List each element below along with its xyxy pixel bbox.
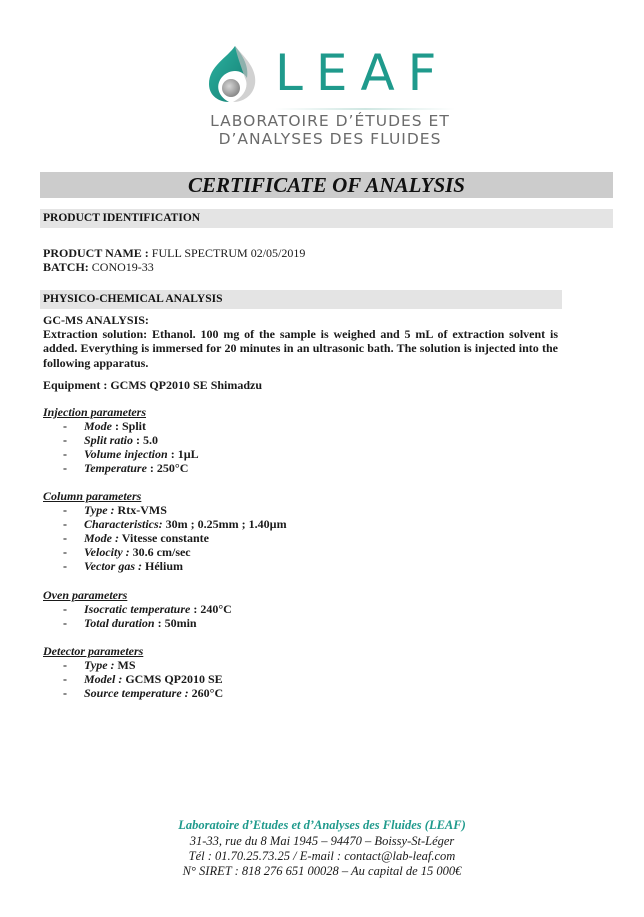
injection-parameters-heading: Injection parameters: [43, 405, 146, 419]
section-heading-product-identification: PRODUCT IDENTIFICATION: [40, 209, 613, 228]
list-item: -Characteristics: 30m ; 0.25mm ; 1.40µm: [63, 517, 287, 531]
logo-underline: [275, 108, 455, 110]
list-item: -Total duration : 50min: [63, 616, 232, 630]
extraction-paragraph: Extraction solution: Ethanol. 100 mg of …: [43, 327, 558, 370]
list-item: -Mode : Split: [63, 419, 199, 433]
document-title-bar: CERTIFICATE OF ANALYSIS: [40, 172, 613, 198]
product-name-line: PRODUCT NAME : FULL SPECTRUM 02/05/2019: [43, 246, 305, 260]
batch-label: BATCH:: [43, 260, 89, 274]
detector-parameters-heading: Detector parameters: [43, 644, 143, 658]
list-item: -Source temperature : 260°C: [63, 686, 223, 700]
footer-siret: N° SIRET : 818 276 651 00028 – Au capita…: [0, 864, 644, 879]
list-item: -Mode : Vitesse constante: [63, 531, 287, 545]
document-title: CERTIFICATE OF ANALYSIS: [188, 173, 465, 197]
lab-logo: LEAF LABORATOIRE D’ÉTUDES ET D’ANALYSES …: [205, 42, 455, 147]
logo-subtitle-line1: LABORATOIRE D’ÉTUDES ET: [205, 112, 455, 130]
logo-subtitle-line2: D’ANALYSES DES FLUIDES: [205, 130, 455, 148]
leaf-drop-icon: [205, 44, 260, 102]
gcms-heading: GC-MS ANALYSIS:: [43, 313, 149, 327]
list-item: -Model : GCMS QP2010 SE: [63, 672, 223, 686]
section-heading-physico-chemical: PHYSICO-CHEMICAL ANALYSIS: [40, 290, 562, 309]
column-parameters-heading: Column parameters: [43, 489, 141, 503]
list-item: -Vector gas : Hélium: [63, 559, 287, 573]
list-item: -Velocity : 30.6 cm/sec: [63, 545, 287, 559]
equipment-line: Equipment : GCMS QP2010 SE Shimadzu: [43, 378, 262, 392]
batch-value: CONO19-33: [92, 260, 154, 274]
list-item: -Split ratio : 5.0: [63, 433, 199, 447]
footer-address: 31-33, rue du 8 Mai 1945 – 94470 – Boiss…: [0, 834, 644, 849]
list-item: -Type : Rtx-VMS: [63, 503, 287, 517]
batch-line: BATCH: CONO19-33: [43, 260, 154, 274]
list-item: -Temperature : 250°C: [63, 461, 199, 475]
list-item: -Type : MS: [63, 658, 223, 672]
column-parameters-list: -Type : Rtx-VMS -Characteristics: 30m ; …: [63, 503, 287, 573]
oven-parameters-heading: Oven parameters: [43, 588, 127, 602]
footer-contact: Tél : 01.70.25.73.25 / E-mail : contact@…: [0, 849, 644, 864]
logo-wordmark: LEAF: [275, 42, 449, 104]
list-item: -Isocratic temperature : 240°C: [63, 602, 232, 616]
oven-parameters-list: -Isocratic temperature : 240°C -Total du…: [63, 602, 232, 630]
product-name-label: PRODUCT NAME :: [43, 246, 149, 260]
footer-lab-name: Laboratoire d’Etudes et d’Analyses des F…: [0, 818, 644, 833]
list-item: -Volume injection : 1µL: [63, 447, 199, 461]
detector-parameters-list: -Type : MS -Model : GCMS QP2010 SE -Sour…: [63, 658, 223, 700]
injection-parameters-list: -Mode : Split -Split ratio : 5.0 -Volume…: [63, 419, 199, 475]
product-name-value: FULL SPECTRUM 02/05/2019: [152, 246, 306, 260]
